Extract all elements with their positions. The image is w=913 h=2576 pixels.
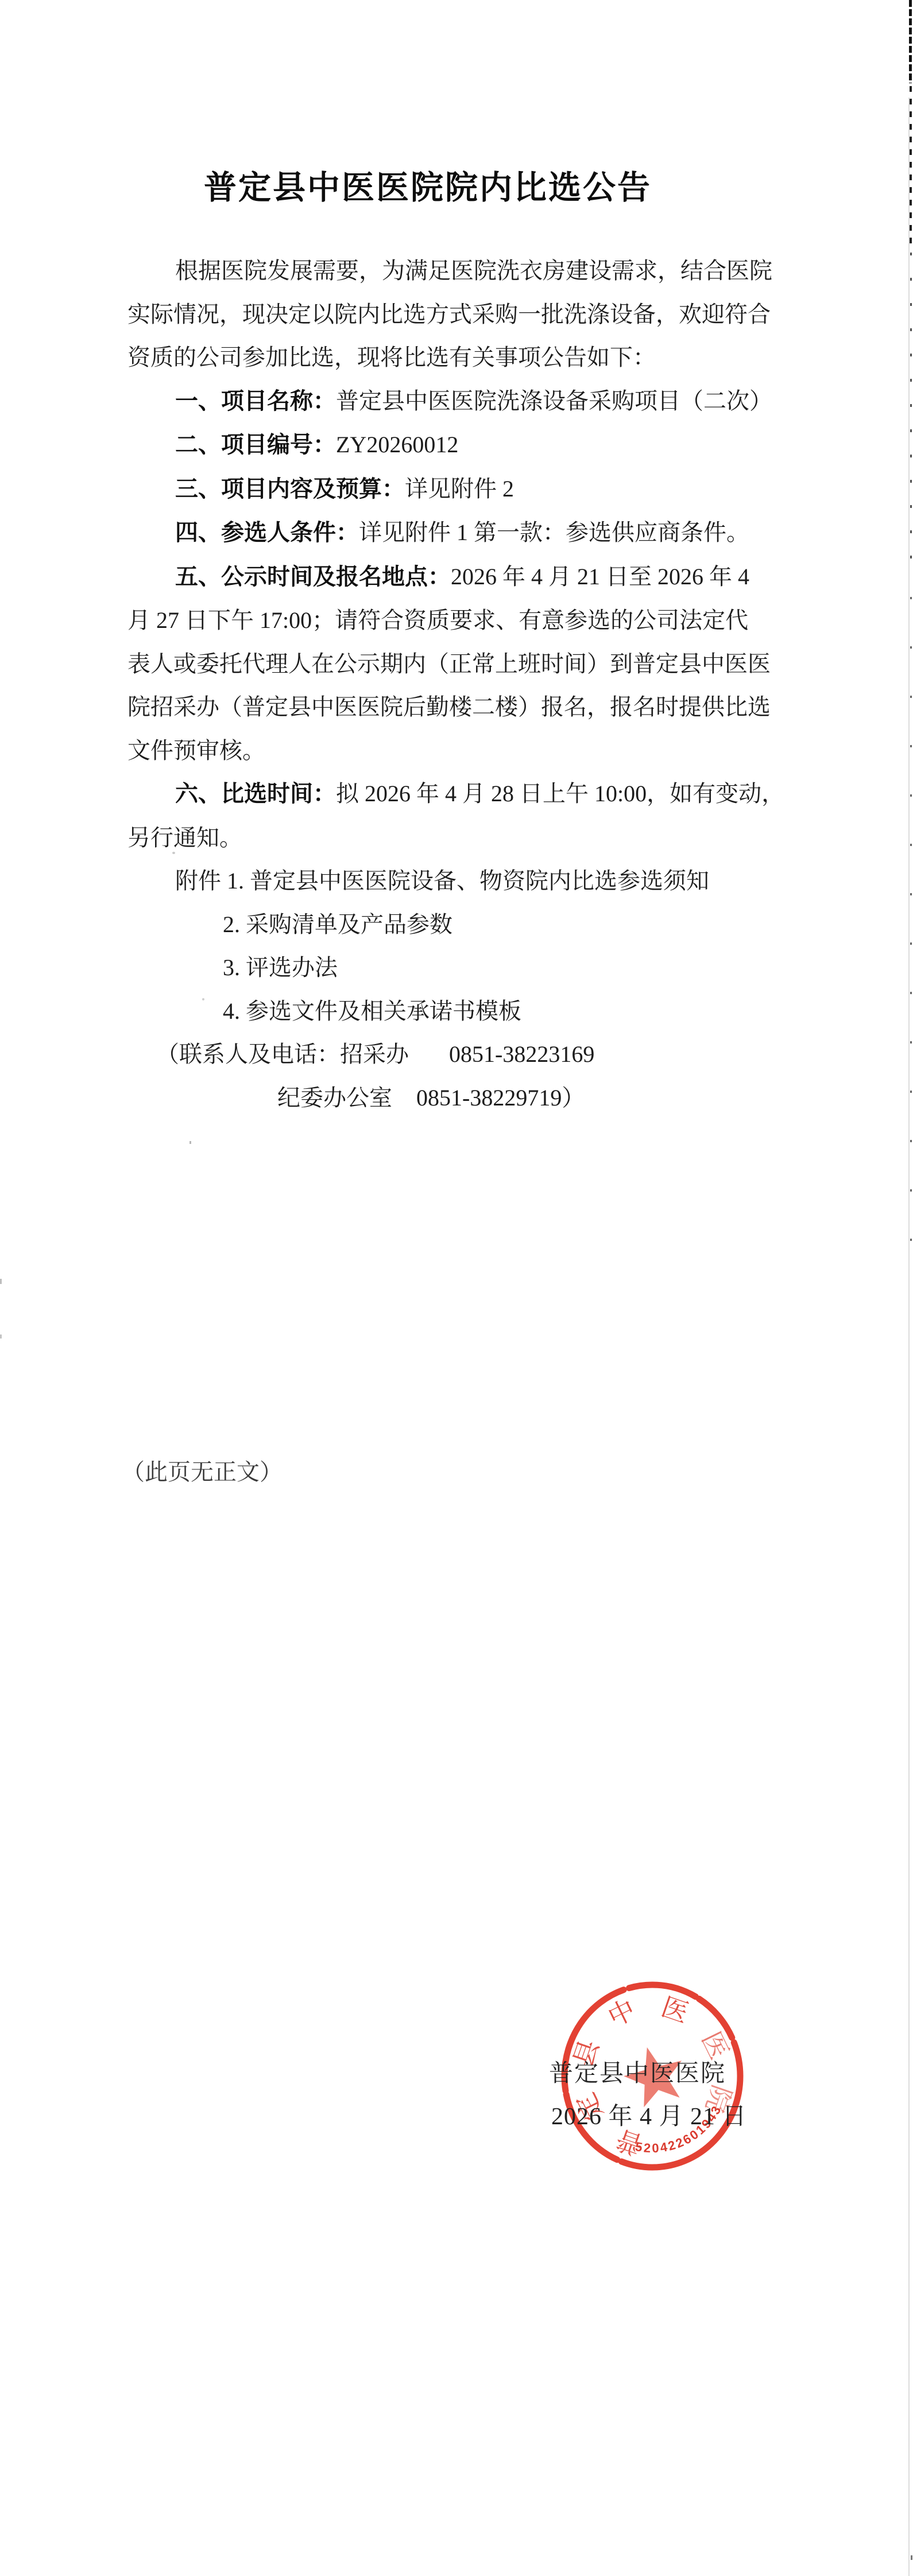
scan-artifact-dot (172, 852, 175, 854)
no-body-text-note: （此页无正文） (122, 1450, 283, 1493)
line-text: 根据医院发展需要，为满足医院洗衣房建设需求，结合医院 (175, 258, 772, 284)
line-text: 纪委办公室 (277, 1085, 392, 1111)
signature-org: 普定县中医医院 (549, 2058, 726, 2090)
line-text: （联系人及电话：招采办 (156, 1041, 409, 1067)
phone-number: 0851-38229719） (416, 1085, 585, 1111)
body-line-item-6: 六、比选时间：拟 2026 年 4 月 28 日上午 10:00，如有变动， (127, 772, 799, 816)
attachment-line-2: 2. 采购清单及产品参数 (127, 903, 799, 946)
body-line: 月 27 日下午 17:00；请符合资质要求、有意参选的公司法定代 (127, 599, 799, 642)
line-text: 2026 年 4 月 21 日至 2026 年 4 (451, 564, 749, 589)
line-text: 详见附件 2 (405, 476, 514, 502)
scan-artifact-dashes (909, 0, 912, 83)
item-label: 五、公示时间及报名地点： (175, 564, 451, 589)
scan-artifact-dot (625, 320, 627, 323)
body-line: 另行通知。 (127, 816, 799, 860)
line-text: 详见附件 1 第一款：参选供应商条件。 (359, 519, 749, 545)
phone-number: 0851-38223169 (449, 1041, 594, 1067)
signature-date: 2026 年 4 月 21 日 (551, 2101, 747, 2133)
item-label: 三、项目内容及预算： (175, 476, 405, 502)
body-line: 文件预审核。 (127, 729, 799, 773)
contact-line-1: （联系人及电话：招采办0851-38223169 (127, 1033, 799, 1076)
item-label: 六、比选时间： (175, 781, 336, 806)
line-text: 资质的公司参加比选，现将比选有关事项公告如下： (127, 344, 656, 370)
line-text: 普定县中医医院洗涤设备采购项目（二次） (336, 388, 772, 414)
attachment-line-1: 附件 1. 普定县中医医院设备、物资院内比选参选须知 (127, 859, 799, 903)
contact-line-2: 纪委办公室0851-38229719） (127, 1076, 799, 1120)
scan-artifact-dot (0, 1279, 2, 1284)
document-body: 根据医院发展需要，为满足医院洗衣房建设需求，结合医院 实际情况，现决定以院内比选… (127, 249, 799, 1119)
item-label: 二、项目编号： (175, 432, 336, 457)
body-line: 院招采办（普定县中医医院后勤楼二楼）报名，报名时提供比选 (127, 685, 799, 729)
line-text: 表人或委托代理人在公示期内（正常上班时间）到普定县中医医 (127, 651, 771, 677)
item-label: 四、参选人条件： (175, 520, 359, 545)
scan-artifact-dot (911, 2555, 912, 2560)
line-text: 文件预审核。 (127, 738, 265, 763)
scan-artifact-dot (0, 1334, 2, 1339)
body-line: 实际情况，现决定以院内比选方式采购一批洗涤设备，欢迎符合 (127, 293, 799, 336)
body-line-item-4: 四、参选人条件：详见附件 1 第一款：参选供应商条件。 (127, 511, 799, 555)
line-text: ZY20260012 (336, 432, 458, 457)
item-label: 一、项目名称： (175, 389, 336, 414)
line-text: 实际情况，现决定以院内比选方式采购一批洗涤设备，欢迎符合 (127, 301, 771, 327)
scan-artifact-faint-line (908, 98, 910, 2576)
line-text: 2. 采购清单及产品参数 (223, 911, 452, 937)
body-line: 根据医院发展需要，为满足医院洗衣房建设需求，结合医院 (127, 249, 799, 293)
document-title: 普定县中医医院院内比选公告 (0, 161, 884, 208)
line-text: 另行通知。 (127, 825, 242, 851)
attachment-line-3: 3. 评选办法 (127, 946, 799, 990)
scan-artifact-dashes (910, 86, 912, 247)
line-text: 3. 评选办法 (223, 955, 338, 980)
scan-artifact-dot (189, 1141, 191, 1144)
attachment-line-4: 4. 参选文件及相关承诺书模板 (127, 990, 799, 1033)
line-text: 拟 2026 年 4 月 28 日上午 10:00，如有变动， (336, 781, 784, 806)
line-text: 院招采办（普定县中医医院后勤楼二楼）报名，报名时提供比选 (127, 694, 771, 720)
scan-artifact-dot (202, 998, 204, 1000)
body-line-item-2: 二、项目编号：ZY20260012 (127, 423, 799, 467)
document-page: 普定县中医医院院内比选公告 根据医院发展需要，为满足医院洗衣房建设需求，结合医院… (0, 0, 913, 2576)
scan-artifact-dashes (910, 253, 912, 574)
body-line-item-1: 一、项目名称：普定县中医医院洗涤设备采购项目（二次） (127, 379, 799, 424)
body-line: 资质的公司参加比选，现将比选有关事项公告如下： (127, 336, 799, 379)
body-line: 表人或委托代理人在公示期内（正常上班时间）到普定县中医医 (127, 642, 799, 686)
seal-ring-char: 医 (657, 1992, 692, 2028)
scan-artifact-dashes (910, 597, 912, 1280)
line-text: 附件 1. 普定县中医医院设备、物资院内比选参选须知 (175, 868, 709, 894)
line-text: 4. 参选文件及相关承诺书模板 (223, 998, 521, 1024)
line-text: 月 27 日下午 17:00；请符合资质要求、有意参选的公司法定代 (127, 607, 748, 633)
body-line-item-3: 三、项目内容及预算：详见附件 2 (127, 467, 799, 511)
body-line-item-5: 五、公示时间及报名地点：2026 年 4 月 21 日至 2026 年 4 (127, 555, 799, 599)
